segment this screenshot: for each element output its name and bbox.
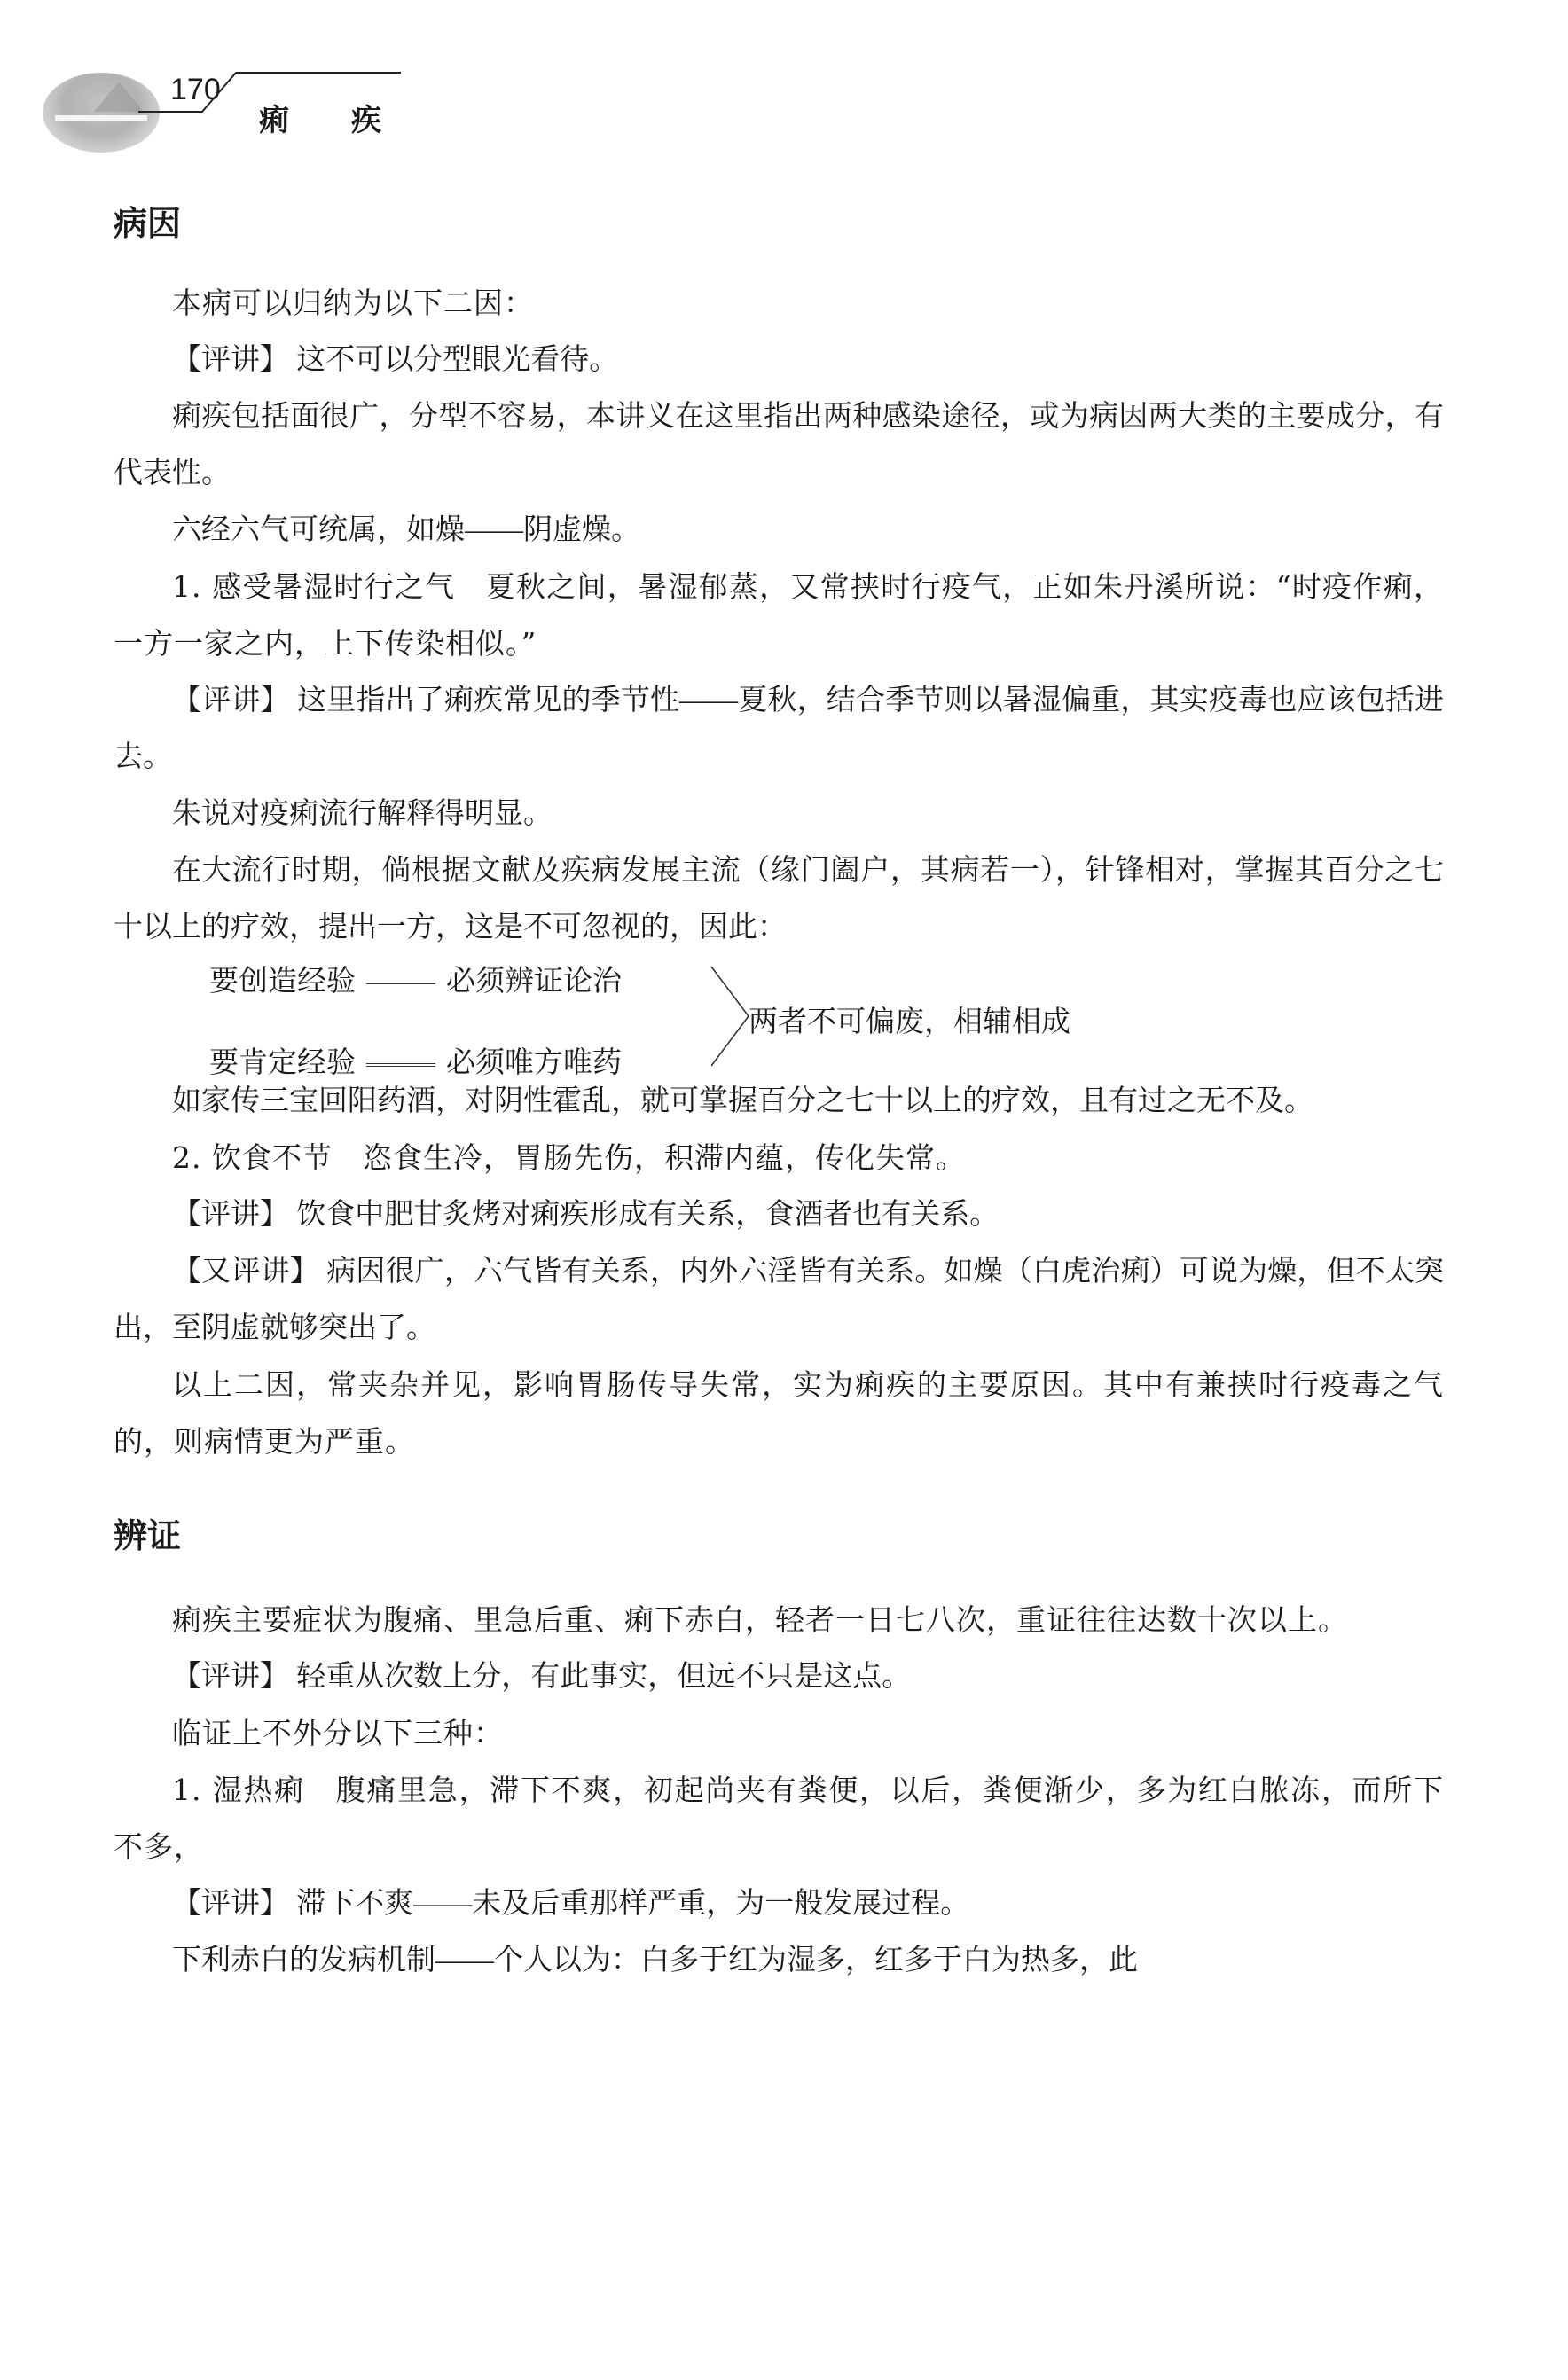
paragraph: 朱说对疫痢流行解释得明显。 — [114, 786, 1444, 842]
running-title: 痢疾 — [259, 96, 443, 139]
section-title-etiology: 病因 — [114, 204, 1444, 245]
connector-line — [366, 1063, 435, 1067]
connector-line — [366, 983, 435, 984]
commentary-paragraph: 【评讲】 饮食中肥甘炙烤对痢疾形成有关系，食酒者也有关系。 — [114, 1186, 1444, 1243]
diagram-conclusion: 两者不可偏废，相辅相成 — [749, 998, 1070, 1040]
syndrome-item-1: 1. 湿热痢 腹痛里急，滞下不爽，初起尚夹有粪便，以后，粪便渐少，多为红白脓冻，… — [114, 1762, 1444, 1875]
commentary-paragraph: 【又评讲】 病因很广，六气皆有关系，内外六淫皆有关系。如燥（白虎治痢）可说为燥，… — [114, 1243, 1444, 1357]
paragraph: 痢疾包括面很广，分型不容易，本讲义在这里指出两种感染途径，或为病因两大类的主要成… — [114, 388, 1444, 502]
etiology-section: 本病可以归纳为以下二因： 【评讲】 这不可以分型眼光看待。 痢疾包括面很广，分型… — [114, 275, 1444, 1470]
paragraph: 如家传三宝回阳药酒，对阴性霍乱，就可掌握百分之七十以上的疗效，且有过之无不及。 — [114, 1073, 1444, 1130]
page-header: 170 痢疾 — [0, 0, 1568, 177]
commentary-paragraph: 【评讲】 轻重从次数上分，有此事实，但远不只是这点。 — [114, 1648, 1444, 1705]
merge-bracket-icon — [710, 963, 754, 1069]
paragraph: 以上二因，常夹杂并见，影响胃肠传导失常，实为痢疾的主要原因。其中有兼挟时行疫毒之… — [114, 1357, 1444, 1470]
commentary-tag: 【评讲】 — [172, 1199, 289, 1231]
diagram-row: 要创造经验必须辨证论治 — [209, 958, 622, 999]
commentary-paragraph: 【评讲】 这里指出了痢疾常见的季节性——夏秋，结合季节则以暑湿偏重，其实疫毒也应… — [114, 672, 1444, 786]
header-rule — [0, 0, 1568, 177]
commentary-tag: 【评讲】 — [172, 1888, 289, 1920]
commentary-tag: 【评讲】 — [172, 685, 290, 716]
section-title-differentiation: 辨证 — [114, 1516, 1444, 1557]
paragraph: 下利赤白的发病机制——个人以为：白多于红为湿多，红多于白为热多，此 — [114, 1932, 1444, 1989]
commentary-paragraph: 【评讲】 这不可以分型眼光看待。 — [114, 332, 1444, 388]
commentary-tag: 【又评讲】 — [172, 1256, 319, 1288]
paragraph: 本病可以归纳为以下二因： — [114, 275, 1444, 332]
bracket-diagram: 要创造经验必须辨证论治 要肯定经验必须唯方唯药 两者不可偏废，相辅相成 — [114, 958, 1444, 1069]
cause-item-1: 1. 感受暑湿时行之气 夏秋之间，暑湿郁蒸，又常挟时行疫气，正如朱丹溪所说：“时… — [114, 559, 1444, 672]
commentary-tag: 【评讲】 — [172, 1661, 289, 1693]
paragraph: 痢疾主要症状为腹痛、里急后重、痢下赤白，轻者一日七八次，重证往往达数十次以上。 — [114, 1592, 1444, 1648]
commentary-tag: 【评讲】 — [172, 344, 289, 376]
diagram-row: 要肯定经验必须唯方唯药 — [209, 1039, 622, 1081]
paragraph: 临证上不外分以下三种： — [114, 1705, 1444, 1762]
commentary-paragraph: 【评讲】 滞下不爽——未及后重那样严重，为一般发展过程。 — [114, 1875, 1444, 1932]
paragraph: 在大流行时期，倘根据文献及疾病发展主流（缘门阖户，其病若一），针锋相对，掌握其百… — [114, 842, 1444, 956]
page-body: 病因 本病可以归纳为以下二因： 【评讲】 这不可以分型眼光看待。 痢疾包括面很广… — [114, 204, 1444, 1989]
paragraph: 六经六气可统属，如燥——阴虚燥。 — [114, 502, 1444, 559]
differentiation-section: 痢疾主要症状为腹痛、里急后重、痢下赤白，轻者一日七八次，重证往往达数十次以上。 … — [114, 1592, 1444, 1989]
cause-item-2: 2. 饮食不节 恣食生冷，胃肠先伤，积滞内蕴，传化失常。 — [114, 1130, 1444, 1186]
